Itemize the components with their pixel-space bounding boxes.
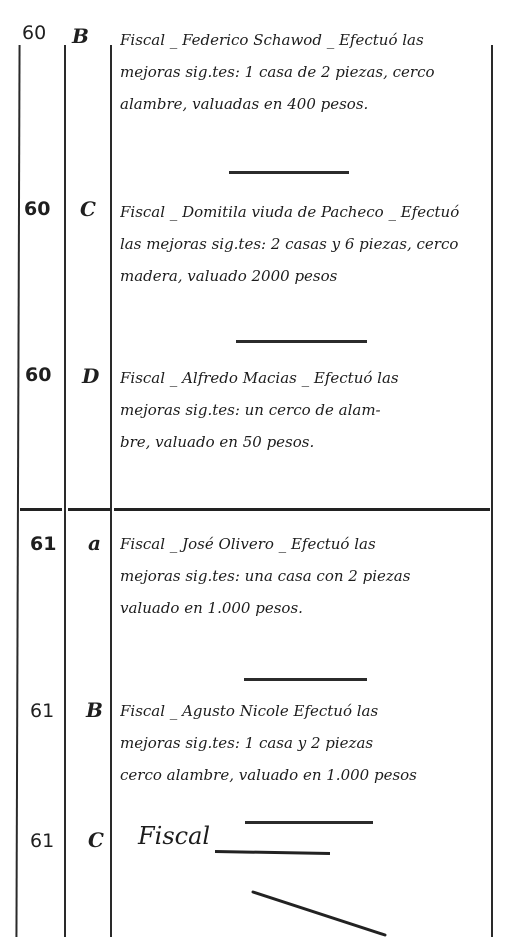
closing-diagonal-stroke xyxy=(0,0,512,948)
ledger-page: 60 B Fiscal _ Federico Schawod _ Efectuó… xyxy=(0,0,512,948)
